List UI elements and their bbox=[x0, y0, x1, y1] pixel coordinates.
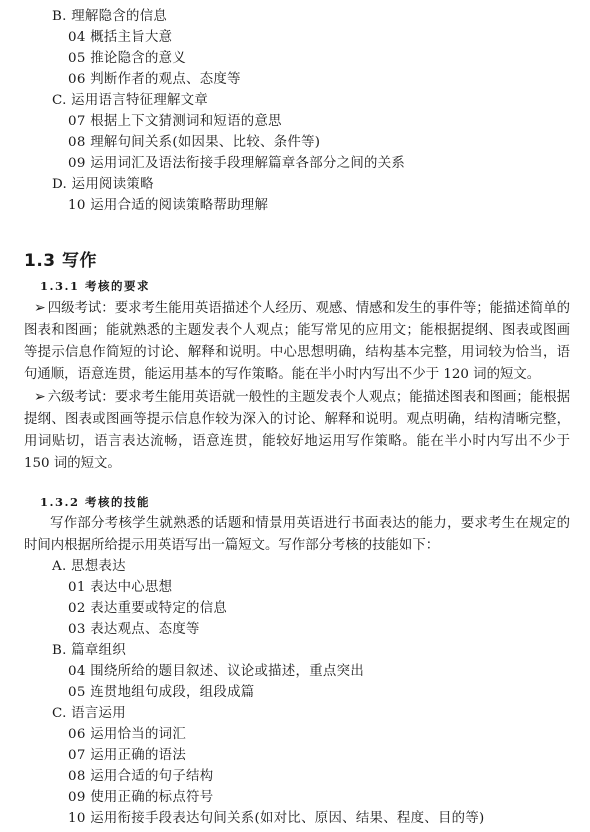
list-item: 04 概括主旨大意 bbox=[68, 29, 172, 47]
list-item: 10 运用衔接手段表达句间关系(如对比、原因、结果、程度、目的等) bbox=[68, 810, 485, 828]
list-item: 01 表达中心思想 bbox=[68, 579, 172, 597]
list-item: 05 推论隐含的意义 bbox=[68, 50, 186, 68]
cet4-text: 四级考试：要求考生能用英语描述个人经历、观感、情感和发生的事件等；能描述简单的图… bbox=[24, 301, 570, 382]
section-label: A. 思想表达 bbox=[52, 558, 126, 576]
section-label: C. 运用语言特征理解文章 bbox=[52, 92, 208, 110]
cet4-requirement-paragraph: ➢四级考试：要求考生能用英语描述个人经历、观感、情感和发生的事件等；能描述简单的… bbox=[24, 297, 570, 386]
section-label: D. 运用阅读策略 bbox=[52, 176, 154, 194]
list-item: 07 运用正确的语法 bbox=[68, 747, 186, 765]
section-heading-writing: 1.3 写作 bbox=[24, 246, 97, 271]
section-label: B. 篇章组织 bbox=[52, 642, 126, 660]
list-item: 10 运用合适的阅读策略帮助理解 bbox=[68, 197, 268, 215]
arrow-bullet-icon: ➢ bbox=[34, 386, 46, 408]
section-label: C. 语言运用 bbox=[52, 705, 126, 723]
list-item: 03 表达观点、态度等 bbox=[68, 621, 200, 639]
skills-intro-text: 写作部分考核学生就熟悉的话题和情景用英语进行书面表达的能力，要求考生在规定的时间… bbox=[24, 516, 570, 553]
list-item: 04 围绕所给的题目叙述、议论或描述，重点突出 bbox=[68, 663, 364, 681]
list-item: 09 使用正确的标点符号 bbox=[68, 789, 213, 807]
skills-intro-paragraph: 写作部分考核学生就熟悉的话题和情景用英语进行书面表达的能力，要求考生在规定的时间… bbox=[24, 513, 570, 557]
list-item: 08 理解句间关系(如因果、比较、条件等) bbox=[68, 134, 320, 152]
list-item: 02 表达重要或特定的信息 bbox=[68, 600, 227, 618]
subsection-heading-skills: 1.3.2 考核的技能 bbox=[40, 494, 150, 510]
list-item: 09 运用词汇及语法衔接手段理解篇章各部分之间的关系 bbox=[68, 155, 405, 173]
arrow-bullet-icon: ➢ bbox=[34, 297, 46, 319]
list-item: 06 判断作者的观点、态度等 bbox=[68, 71, 241, 89]
list-item: 05 连贯地组句成段，组段成篇 bbox=[68, 684, 254, 702]
subsection-heading-requirements: 1.3.1 考核的要求 bbox=[40, 278, 150, 294]
list-item: 07 根据上下文猜测词和短语的意思 bbox=[68, 113, 282, 131]
list-item: 06 运用恰当的词汇 bbox=[68, 726, 186, 744]
section-label: B. 理解隐含的信息 bbox=[52, 8, 167, 26]
cet6-requirement-paragraph: ➢六级考试：要求考生能用英语就一般性的主题发表个人观点；能描述图表和图画；能根据… bbox=[24, 386, 570, 475]
cet6-text: 六级考试：要求考生能用英语就一般性的主题发表个人观点；能描述图表和图画；能根据提… bbox=[24, 390, 570, 471]
list-item: 08 运用合适的句子结构 bbox=[68, 768, 213, 786]
